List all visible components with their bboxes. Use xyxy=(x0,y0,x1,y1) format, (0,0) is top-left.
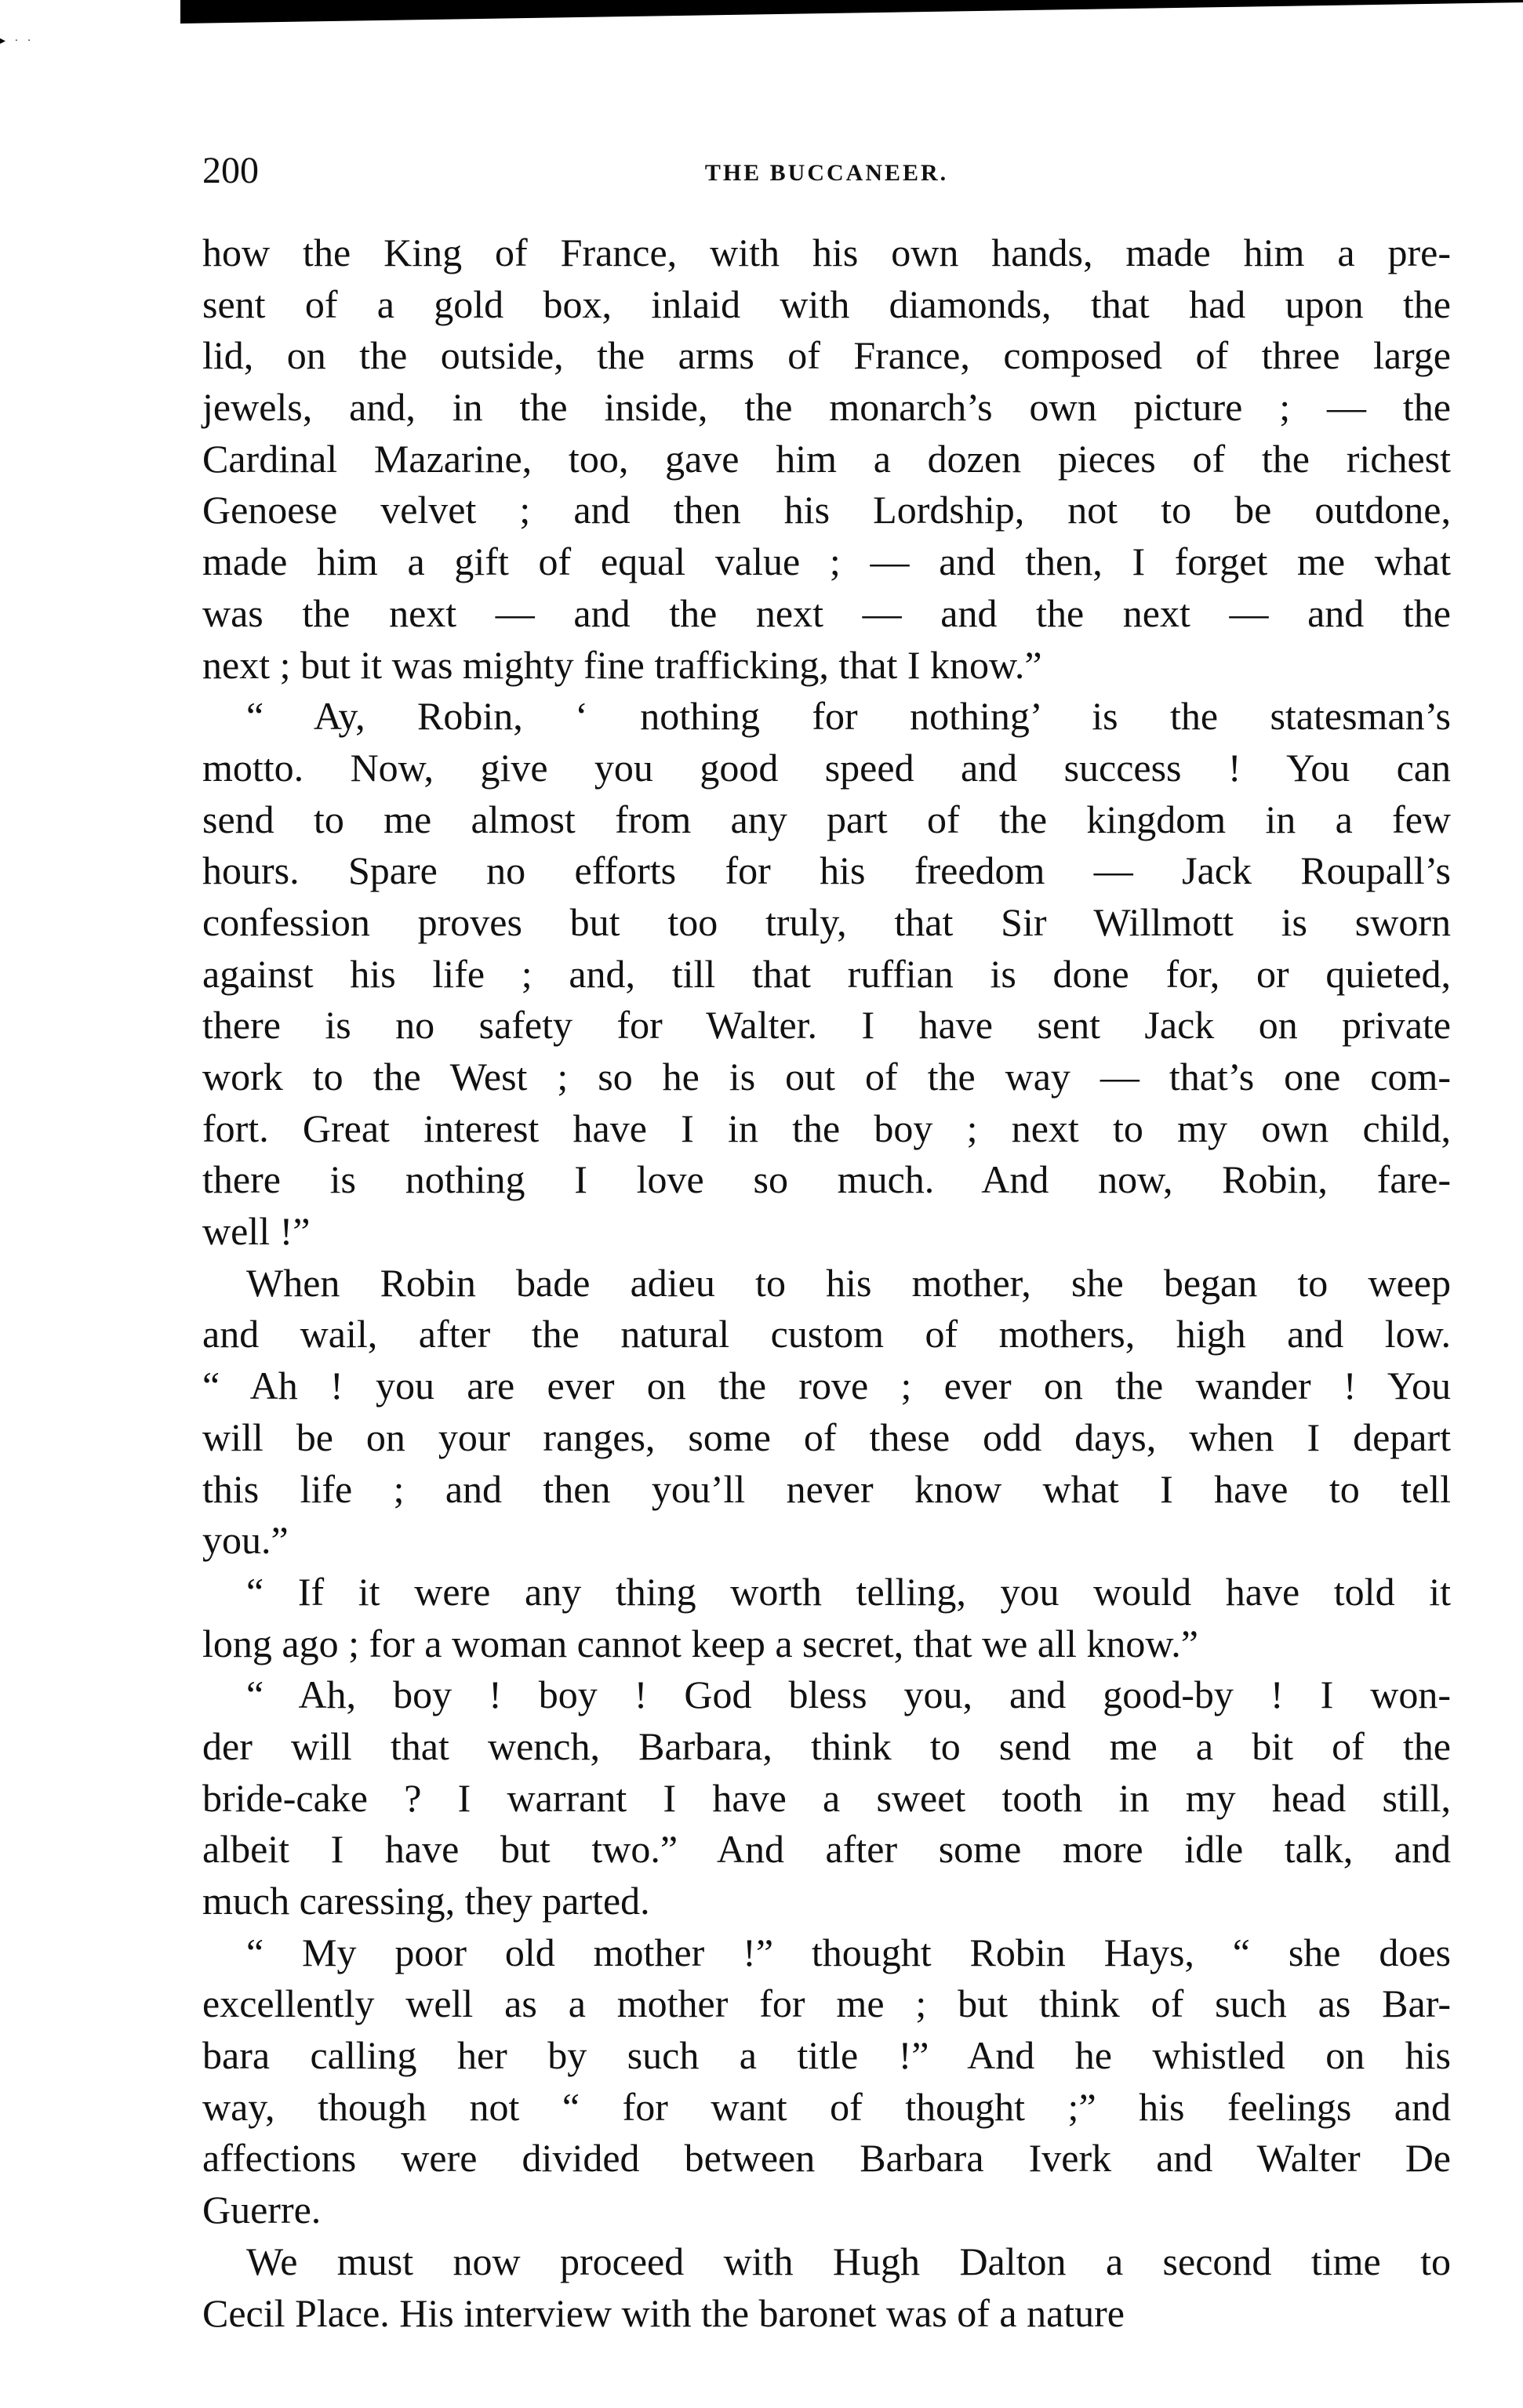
text-line: We must now proceed with Hugh Dalton a s… xyxy=(202,2236,1451,2288)
text-line: and wail, after the natural custom of mo… xyxy=(202,1309,1451,1360)
paragraph: “ My poor old mother !” thought Robin Ha… xyxy=(202,1927,1451,2236)
text-line: “ Ay, Robin, ‘ nothing for nothing’ is t… xyxy=(202,691,1451,743)
text-line: work to the West ; so he is out of the w… xyxy=(202,1051,1451,1103)
text-line: this life ; and then you’ll never know w… xyxy=(202,1464,1451,1516)
text-line: send to me almost from any part of the k… xyxy=(202,794,1451,846)
text-line: made him a gift of equal value ; — and t… xyxy=(202,536,1451,588)
text-line: “ My poor old mother !” thought Robin Ha… xyxy=(202,1927,1451,1979)
text-line: jewels, and, in the inside, the monarch’… xyxy=(202,382,1451,434)
text-line: “ Ah, boy ! boy ! God bless you, and goo… xyxy=(202,1669,1451,1721)
text-line: well !” xyxy=(202,1206,1451,1258)
text-line: will be on your ranges, some of these od… xyxy=(202,1412,1451,1464)
text-line: lid, on the outside, the arms of France,… xyxy=(202,330,1451,382)
text-line: der will that wench, Barbara, think to s… xyxy=(202,1721,1451,1773)
text-line: there is no safety for Walter. I have se… xyxy=(202,1000,1451,1051)
text-line: fort. Great interest have I in the boy ;… xyxy=(202,1103,1451,1155)
text-line: way, though not “ for want of thought ;”… xyxy=(202,2082,1451,2134)
text-line: affections were divided between Barbara … xyxy=(202,2133,1451,2185)
text-line: Cardinal Mazarine, too, gave him a dozen… xyxy=(202,434,1451,485)
paragraph: how the King of France, with his own han… xyxy=(202,227,1451,691)
text-line: long ago ; for a woman cannot keep a sec… xyxy=(202,1618,1451,1670)
text-line: When Robin bade adieu to his mother, she… xyxy=(202,1258,1451,1309)
text-line: hours. Spare no efforts for his freedom … xyxy=(202,845,1451,897)
text-line: “ If it were any thing worth telling, yo… xyxy=(202,1567,1451,1618)
paragraph: “ Ah, boy ! boy ! God bless you, and goo… xyxy=(202,1669,1451,1927)
page-body: how the King of France, with his own han… xyxy=(202,227,1451,2339)
text-line: bara calling her by such a title !” And … xyxy=(202,2030,1451,2082)
text-line: albeit I have but two.” And after some m… xyxy=(202,1824,1451,1876)
paragraph: When Robin bade adieu to his mother, she… xyxy=(202,1258,1451,1567)
running-title: THE BUCCANEER. xyxy=(202,160,1451,187)
text-line: next ; but it was mighty fine traffickin… xyxy=(202,640,1451,692)
page-header: 200 THE BUCCANEER. xyxy=(202,149,1451,196)
paragraph: We must now proceed with Hugh Dalton a s… xyxy=(202,2236,1451,2339)
text-line: confession proves but too truly, that Si… xyxy=(202,897,1451,949)
text-line: “ Ah ! you are ever on the rove ; ever o… xyxy=(202,1360,1451,1412)
text-line: Guerre. xyxy=(202,2185,1451,2236)
text-line: much caressing, they parted. xyxy=(202,1876,1451,1927)
text-line: there is nothing I love so much. And now… xyxy=(202,1154,1451,1206)
text-line: was the next — and the next — and the ne… xyxy=(202,588,1451,640)
paragraph: “ If it were any thing worth telling, yo… xyxy=(202,1567,1451,1669)
text-line: how the King of France, with his own han… xyxy=(202,227,1451,279)
text-line: against his life ; and, till that ruffia… xyxy=(202,949,1451,1001)
text-line: Genoese velvet ; and then his Lordship, … xyxy=(202,485,1451,536)
text-line: motto. Now, give you good speed and succ… xyxy=(202,743,1451,794)
text-line: Cecil Place. His interview with the baro… xyxy=(202,2288,1451,2340)
text-line: excellently well as a mother for me ; bu… xyxy=(202,1978,1451,2030)
paragraph: “ Ay, Robin, ‘ nothing for nothing’ is t… xyxy=(202,691,1451,1258)
scan-artifact: ▸ · · xyxy=(0,35,47,42)
text-line: you.” xyxy=(202,1515,1451,1567)
text-line: sent of a gold box, inlaid with diamonds… xyxy=(202,279,1451,331)
text-line: bride-cake ? I warrant I have a sweet to… xyxy=(202,1773,1451,1825)
scan-edge-shadow xyxy=(180,0,1523,24)
